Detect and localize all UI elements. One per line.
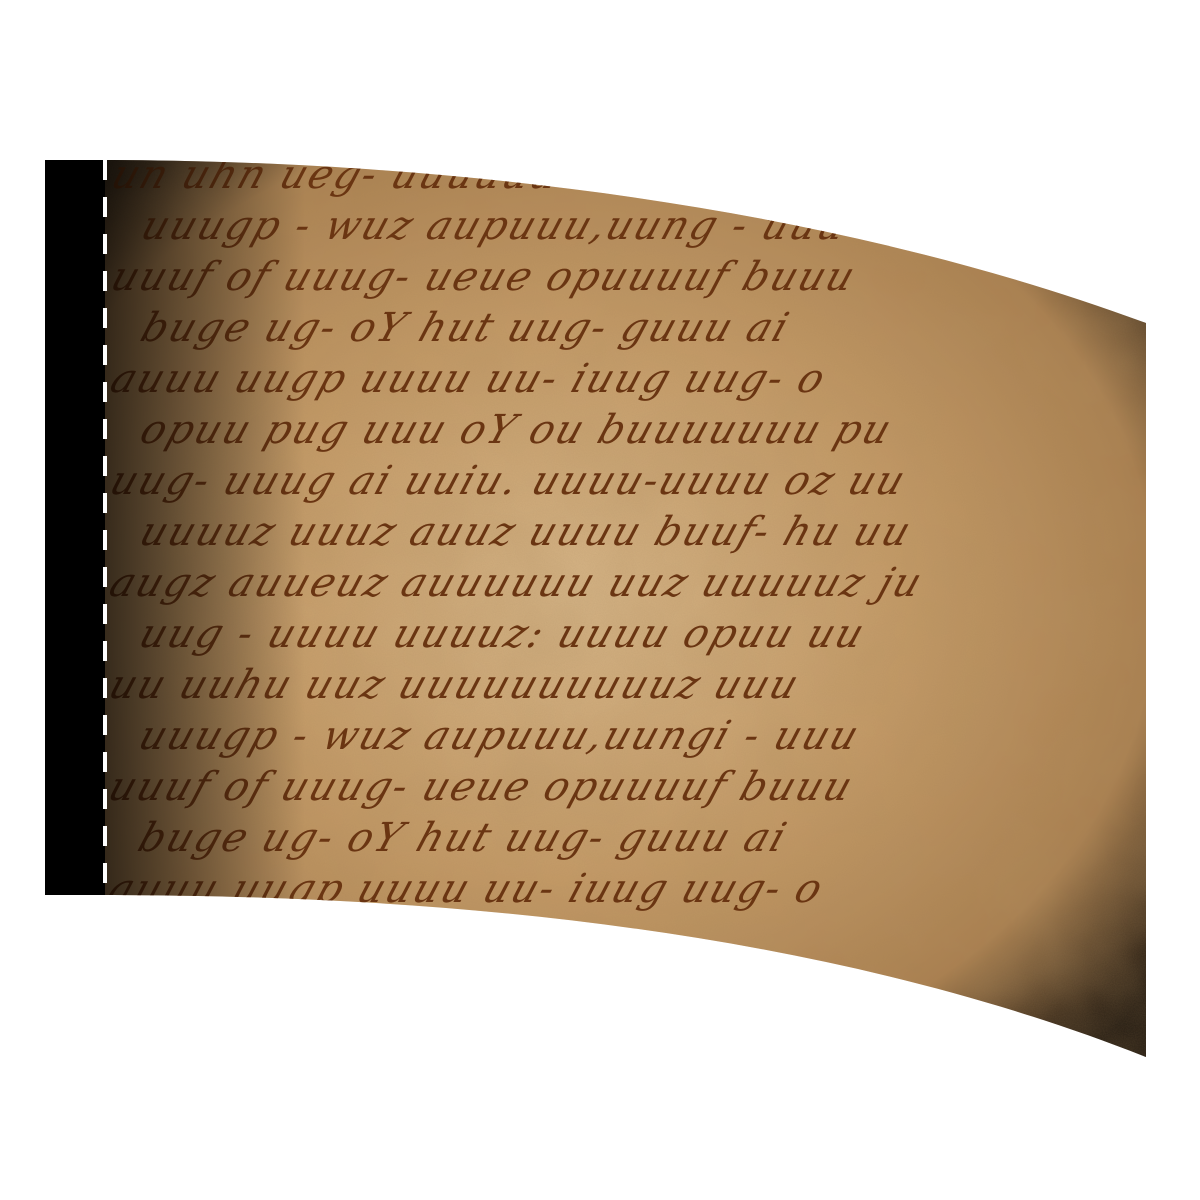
- pole-sleeve: [45, 100, 105, 1100]
- flag-body: un uhn ueg- uuuuuuuuugp - wuz aupuuu,uun…: [0, 100, 1200, 1100]
- flag-graphic: un uhn ueg- uuuuuuuuugp - wuz aupuuu,uun…: [0, 0, 1200, 1200]
